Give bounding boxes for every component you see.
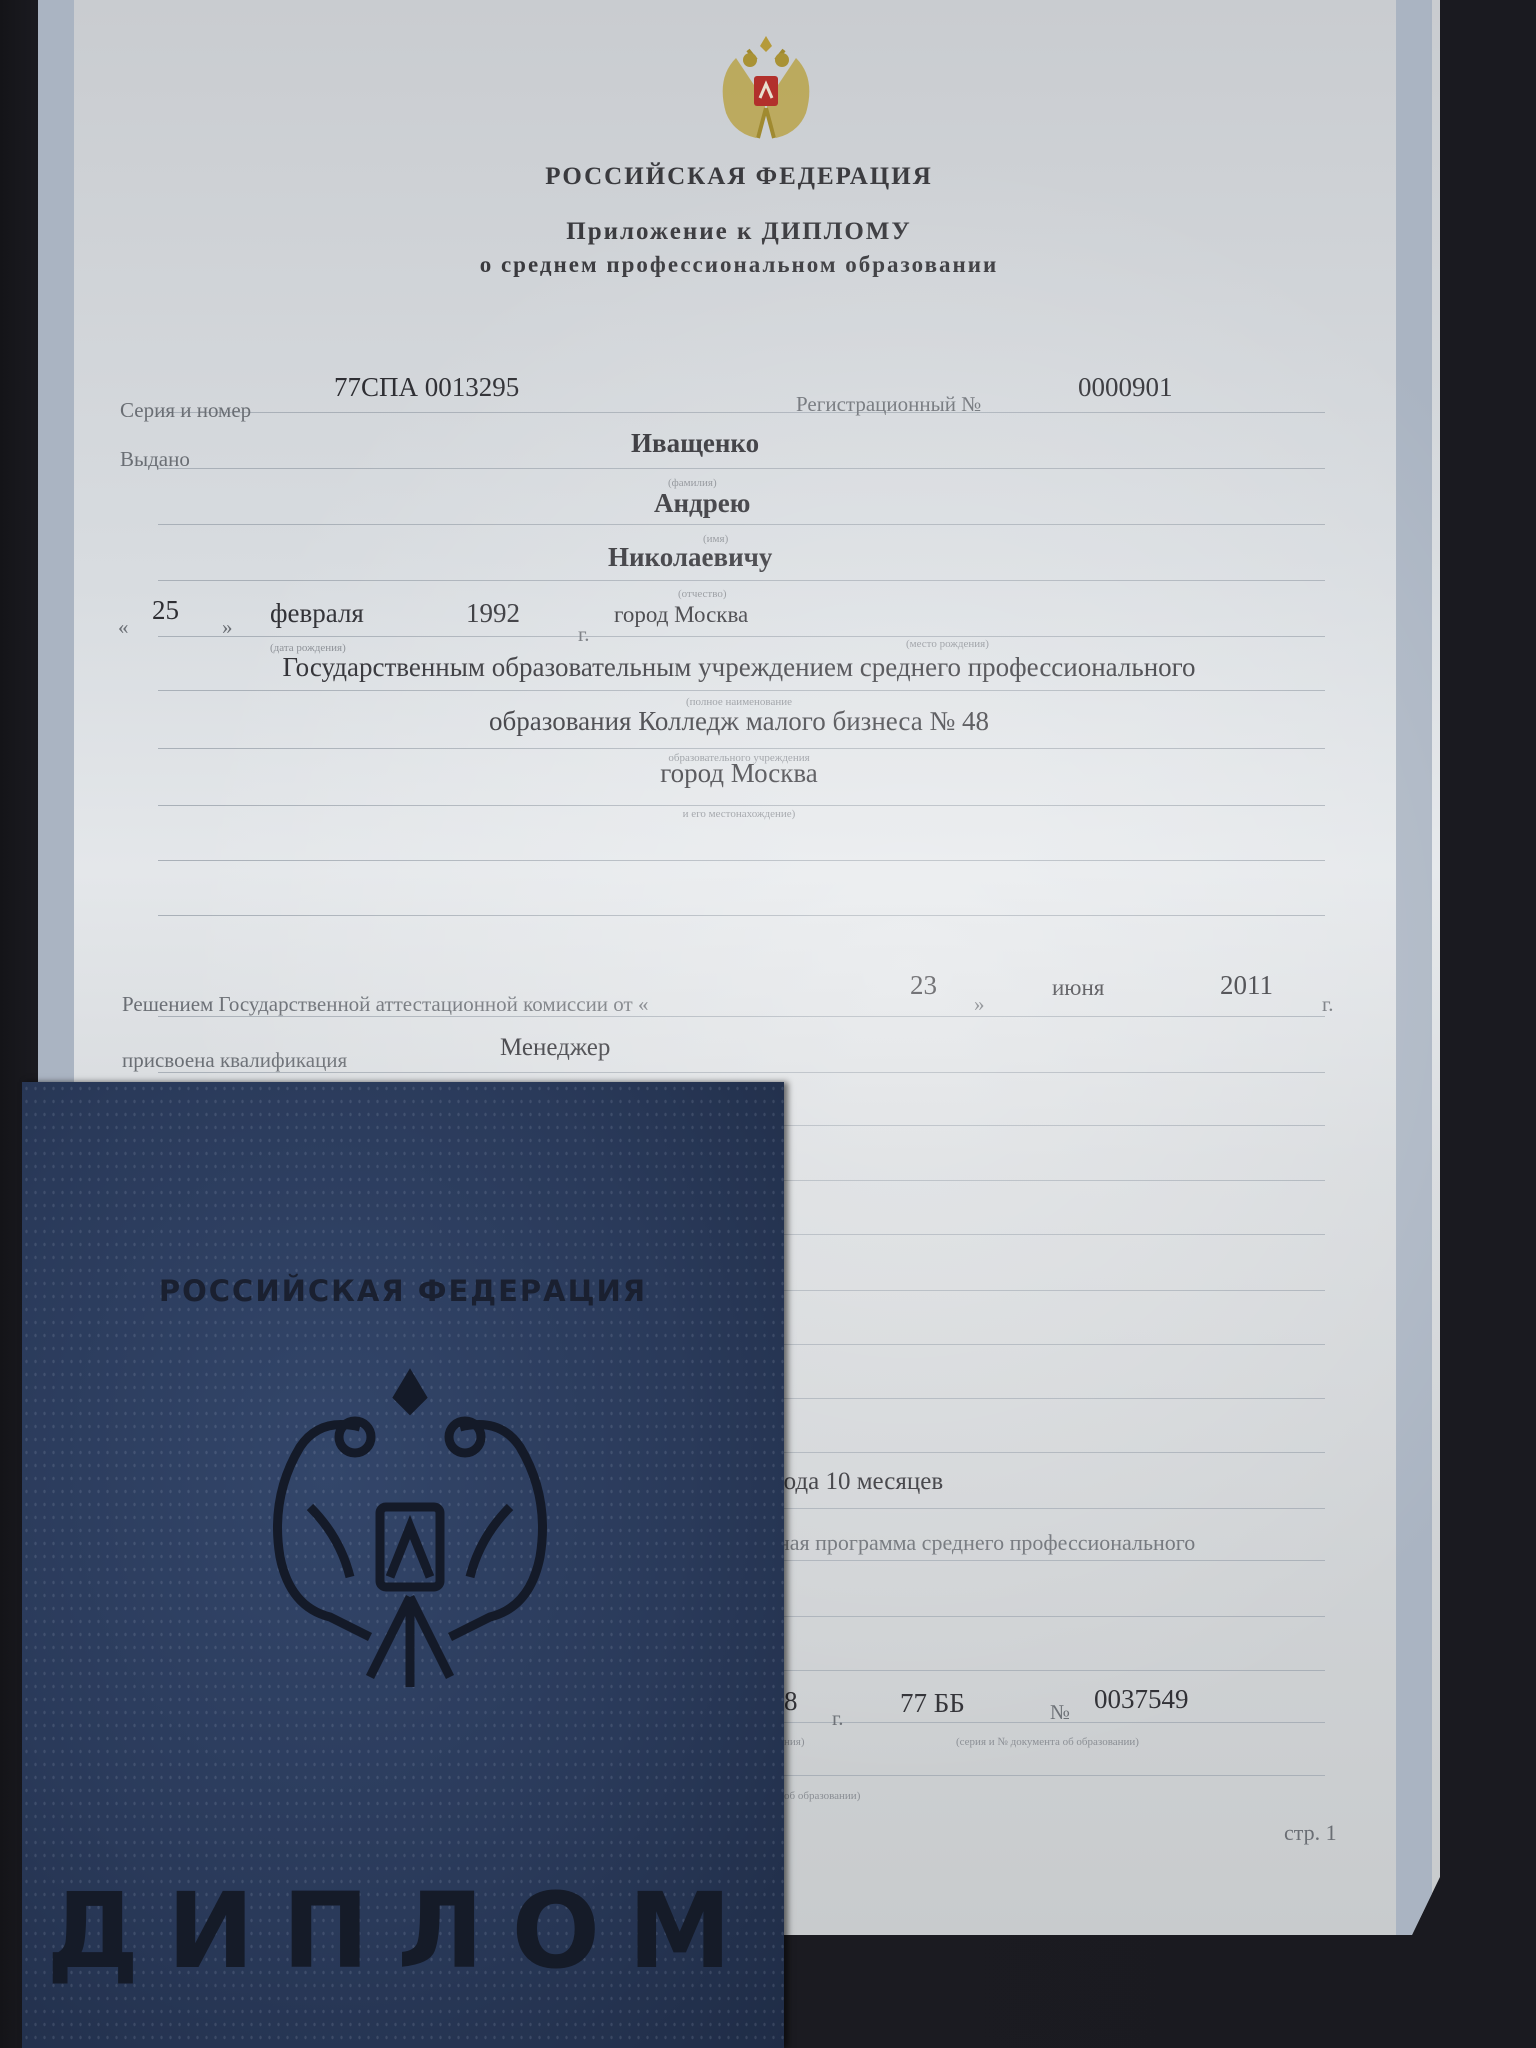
birth-month: февраля — [270, 598, 364, 629]
prev-doc-number-label: № — [1050, 1700, 1070, 1725]
issued-to-label: Выдано — [120, 447, 190, 472]
institution-caption-2: образовательного учреждения — [38, 752, 1440, 764]
birth-open-quote: « — [118, 615, 129, 640]
registration-value: 0000901 — [1078, 372, 1173, 403]
patronymic-caption: (отчество) — [678, 588, 727, 600]
diploma-cover: РОССИЙСКАЯ ФЕДЕРАЦИЯ ДИПЛОМ — [22, 1082, 784, 2048]
commission-year-suffix: г. — [1322, 992, 1334, 1017]
surname-caption: (фамилия) — [668, 477, 717, 489]
prev-doc-number: 0037549 — [1094, 1684, 1189, 1715]
prev-doc-caption-left: ния) — [784, 1736, 805, 1748]
series-number-label: Серия и номер — [120, 398, 251, 423]
commission-month: июня — [1052, 975, 1104, 1001]
qualification-value: Менеджер — [500, 1034, 610, 1062]
commission-close-quote: » — [974, 992, 985, 1017]
institution-line-3: город Москва — [38, 758, 1440, 789]
birth-close-quote: » — [222, 615, 233, 640]
cover-title: ДИПЛОМ — [22, 1870, 784, 1992]
birth-year-suffix: г. — [578, 622, 590, 647]
institution-caption-3: и его местонахождение) — [38, 808, 1440, 820]
birth-day: 25 — [152, 595, 179, 626]
birth-place-caption: (место рождения) — [906, 638, 989, 650]
prev-doc-caption-series: (серия и № документа об образовании) — [956, 1736, 1139, 1748]
institution-line-1: Государственным образовательным учрежден… — [38, 652, 1440, 683]
registration-label: Регистрационный № — [796, 392, 981, 417]
commission-year: 2011 — [1220, 970, 1273, 1001]
prev-doc-series: 77 ББ — [900, 1688, 965, 1719]
program-text: ная программа среднего профессионального — [778, 1530, 1195, 1556]
document-title: Приложение к ДИПЛОМУ — [38, 218, 1440, 246]
country-heading: РОССИЙСКАЯ ФЕДЕРАЦИЯ — [38, 163, 1440, 191]
patronymic-value: Николаевичу — [608, 542, 772, 573]
study-duration: года 10 месяцев — [774, 1468, 943, 1496]
name-caption: (имя) — [703, 533, 728, 545]
right-security-border — [1396, 0, 1432, 1935]
russian-coat-of-arms-icon — [706, 28, 826, 146]
surname-value: Иващенко — [631, 428, 759, 459]
double-headed-eagle-icon — [250, 1367, 570, 1697]
birth-year: 1992 — [466, 598, 520, 629]
series-number-value: 77СПА 0013295 — [334, 372, 519, 403]
birth-place: город Москва — [614, 602, 748, 628]
cover-country-heading: РОССИЙСКАЯ ФЕДЕРАЦИЯ — [22, 1274, 784, 1308]
document-subtitle: о среднем профессиональном образовании — [38, 252, 1440, 278]
qualification-label: присвоена квалификация — [122, 1048, 347, 1073]
commission-day: 23 — [910, 970, 937, 1001]
institution-caption-1: (полное наименование — [38, 696, 1440, 708]
prev-doc-year: 8 — [784, 1686, 798, 1717]
birth-date-caption: (дата рождения) — [270, 642, 346, 654]
prev-doc-year-suffix: г. — [832, 1706, 844, 1731]
institution-line-2: образования Колледж малого бизнеса № 48 — [38, 706, 1440, 737]
commission-label: Решением Государственной аттестационной … — [122, 992, 648, 1017]
name-value: Андрею — [654, 488, 750, 519]
page-number: стр. 1 — [1284, 1820, 1337, 1846]
prev-doc-caption-lower: об образовании) — [784, 1790, 860, 1802]
